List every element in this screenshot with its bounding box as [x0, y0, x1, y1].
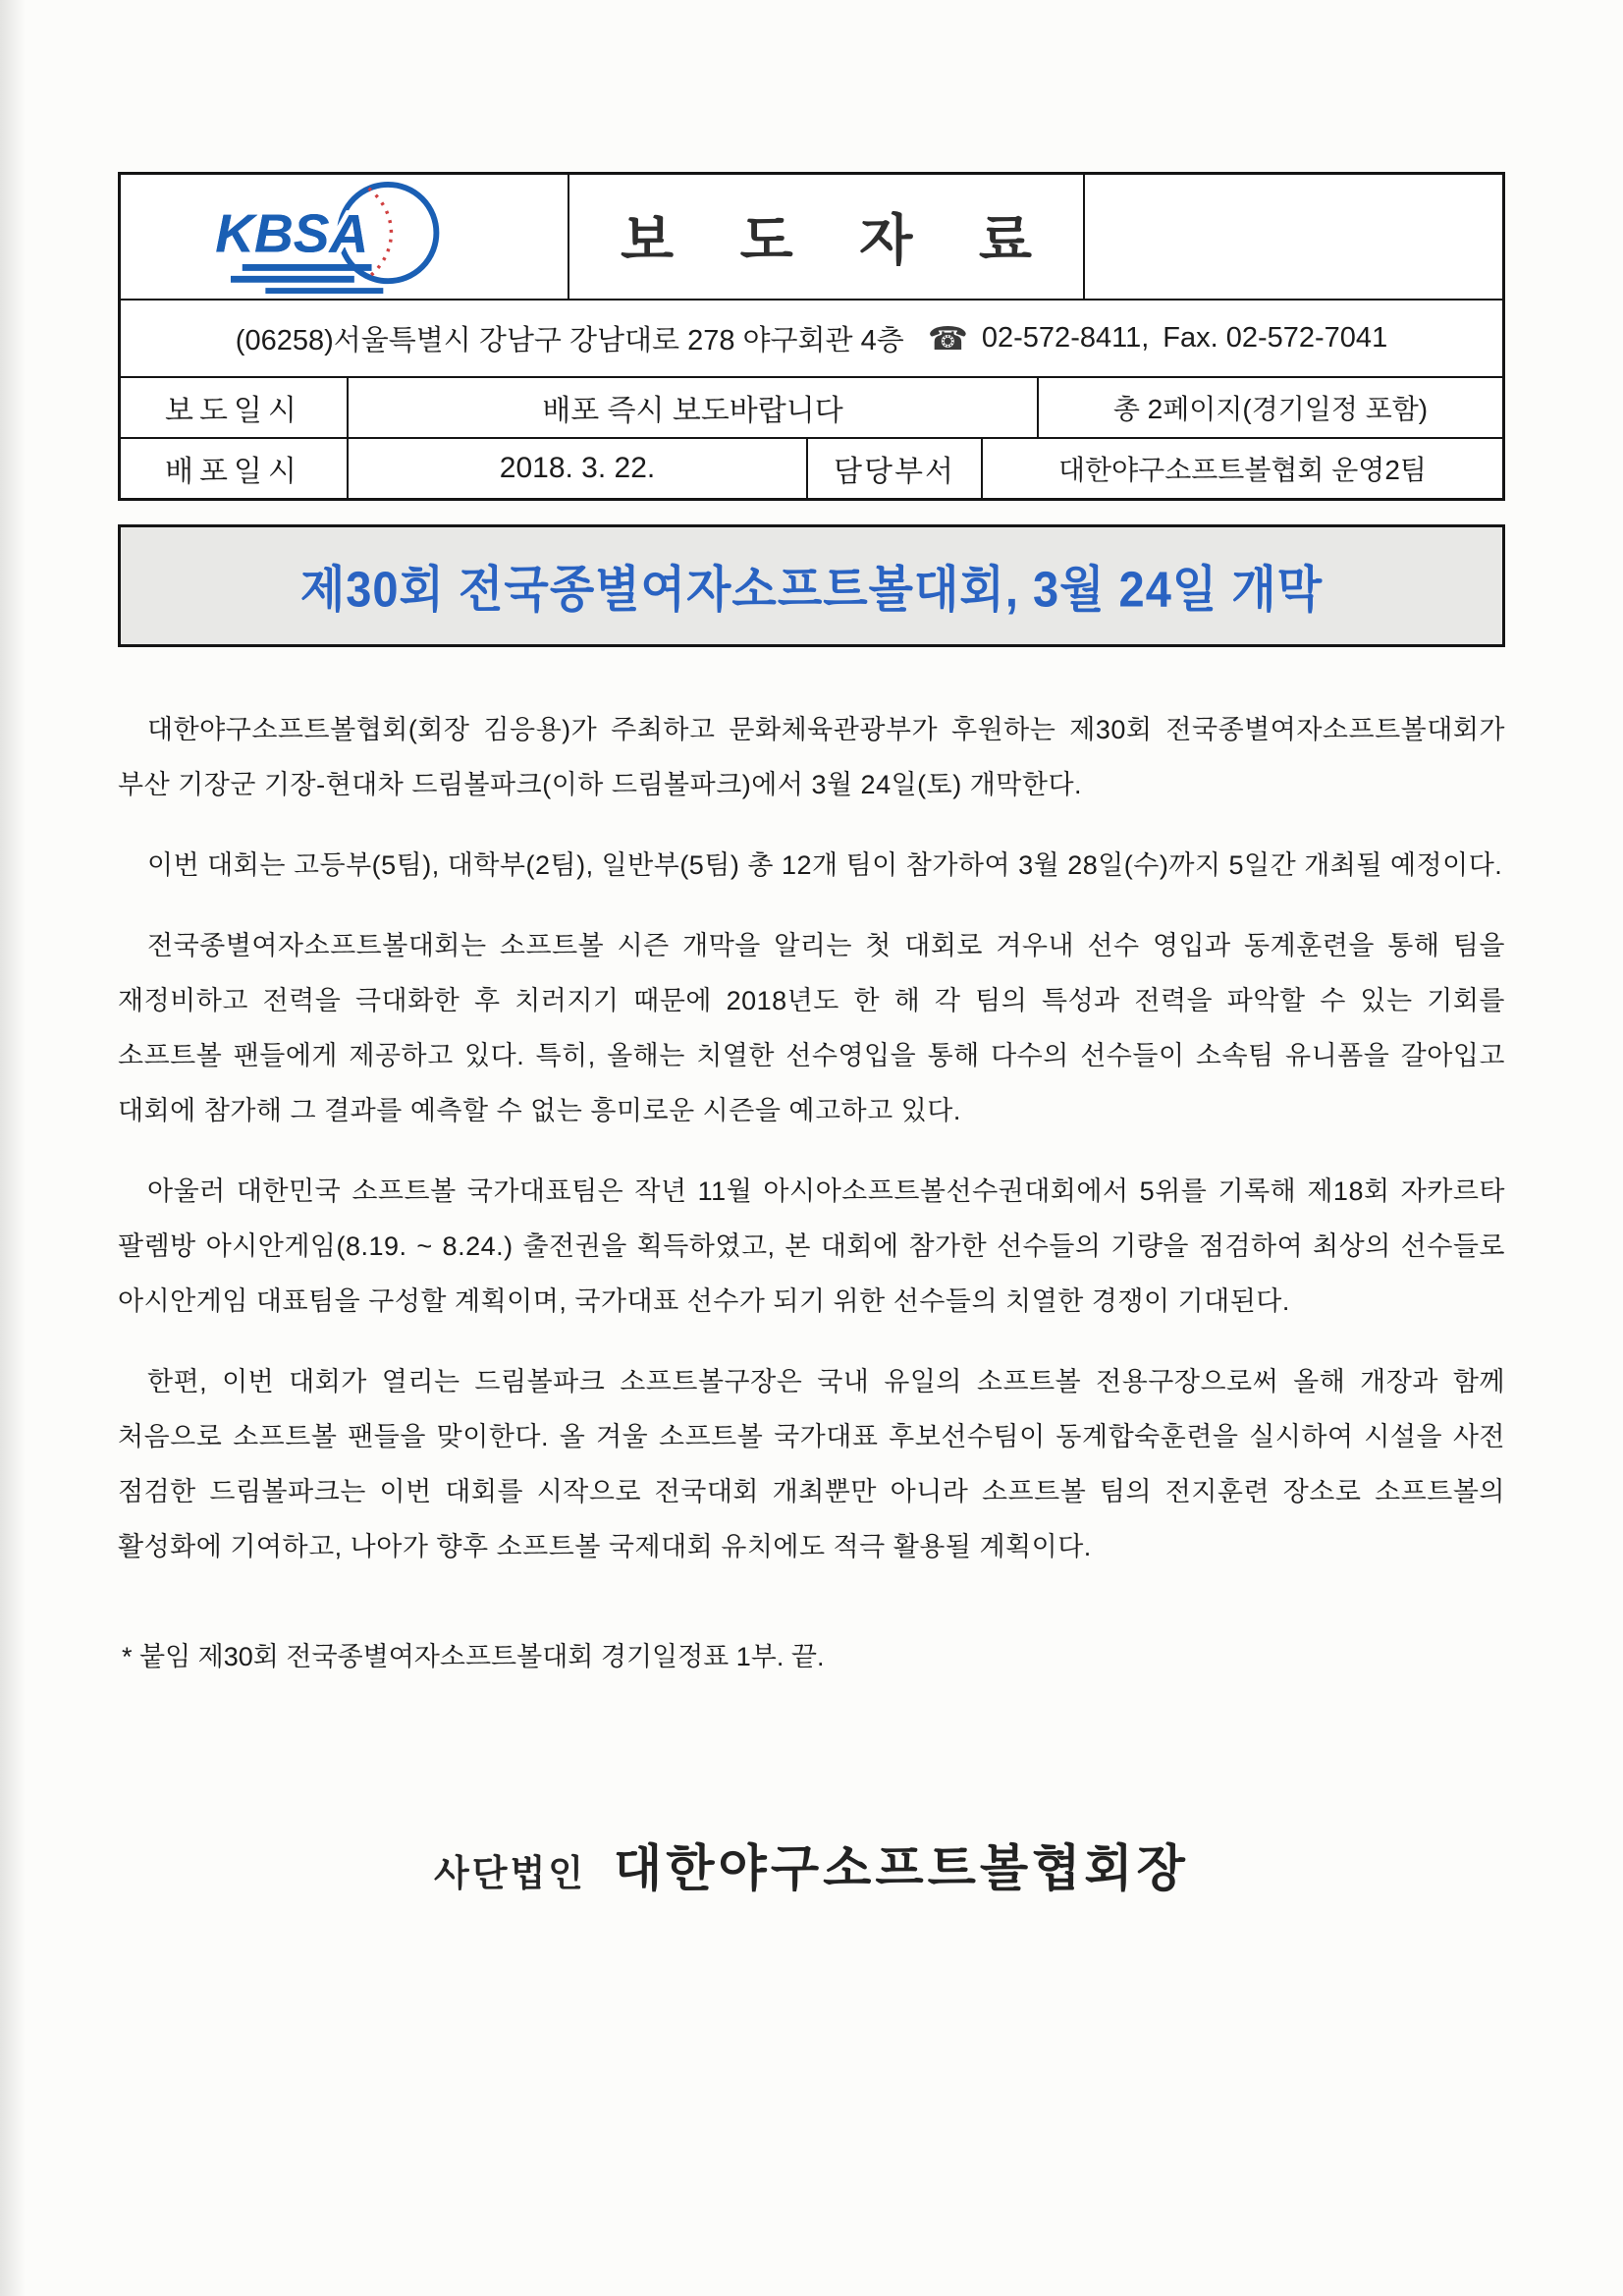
headline-banner: 제30회 전국종별여자소프트볼대회, 3월 24일 개막 — [118, 524, 1505, 647]
phone-icon: ☎ — [928, 319, 968, 357]
address-text: (06258)서울특별시 강남구 강남대로 278 야구회관 4층 — [236, 318, 904, 358]
paragraph-5: 한편, 이번 대회가 열리는 드림볼파크 소프트볼구장은 국내 유일의 소프트볼… — [118, 1354, 1505, 1574]
address-cell: (06258)서울특별시 강남구 강남대로 278 야구회관 4층 ☎ 02-5… — [121, 301, 1502, 376]
doc-type-title: 보 도 자 료 — [595, 197, 1057, 276]
header-row-logo: KBSA KBSA 보 도 자 료 — [121, 175, 1502, 299]
header-row-address: (06258)서울특별시 강남구 강남대로 278 야구회관 4층 ☎ 02-5… — [121, 299, 1502, 376]
paragraph-4: 아울러 대한민국 소프트볼 국가대표팀은 작년 11월 아시아소프트볼선수권대회… — [118, 1164, 1505, 1329]
total-pages: 총 2페이지(경기일정 포함) — [1037, 378, 1502, 437]
header-row-dist-date: 배포일시 2018. 3. 22. 담당부서 대한야구소프트볼협회 운영2팀 — [121, 437, 1502, 498]
header-row-press-date: 보도일시 배포 즉시 보도바랍니다 총 2페이지(경기일정 포함) — [121, 376, 1502, 437]
press-release-page: KBSA KBSA 보 도 자 료 (06258)서울특별시 강남구 강남대로 … — [0, 0, 1623, 2296]
paragraph-2: 이번 대회는 고등부(5팀), 대학부(2팀), 일반부(5팀) 총 12개 팀… — [118, 838, 1505, 893]
phone-number: 02-572-8411, — [982, 322, 1149, 355]
dept-value: 대한야구소프트볼협회 운영2팀 — [981, 439, 1502, 498]
org-name: 대한야구소프트볼협회장 — [614, 1828, 1189, 1900]
attachment-note: * 붙임 제30회 전국종별여자소프트볼대회 경기일정표 1부. 끝. — [118, 1629, 1505, 1684]
logo-text-front: KBSA — [215, 203, 368, 264]
kbsa-baseball-logo-icon: KBSA KBSA — [207, 179, 482, 295]
paragraph-1: 대한야구소프트볼협회(회장 김응용)가 주최하고 문화체육관광부가 후원하는 제… — [118, 702, 1505, 812]
page-content: KBSA KBSA 보 도 자 료 (06258)서울특별시 강남구 강남대로 … — [118, 172, 1505, 1900]
dist-date-label: 배포일시 — [121, 439, 347, 498]
dept-label: 담당부서 — [806, 439, 981, 498]
body-text: 대한야구소프트볼협회(회장 김응용)가 주최하고 문화체육관광부가 후원하는 제… — [118, 702, 1505, 1574]
signature-footer: 사단법인 대한야구소프트볼협회장 — [118, 1828, 1505, 1900]
press-date-label: 보도일시 — [121, 378, 347, 437]
headline-title: 제30회 전국종별여자소프트볼대회, 3월 24일 개막 — [300, 550, 1323, 621]
org-type: 사단법인 — [434, 1843, 586, 1896]
logo-cell: KBSA KBSA — [121, 175, 568, 299]
dist-date-value: 2018. 3. 22. — [347, 439, 806, 498]
press-date-value: 배포 즉시 보도바랍니다 — [347, 378, 1037, 437]
doc-type-cell: 보 도 자 료 — [568, 175, 1083, 299]
paragraph-3: 전국종별여자소프트볼대회는 소프트볼 시즌 개막을 알리는 첫 대회로 겨우내 … — [118, 918, 1505, 1138]
fax-number: Fax. 02-572-7041 — [1163, 322, 1387, 355]
header-table: KBSA KBSA 보 도 자 료 (06258)서울특별시 강남구 강남대로 … — [118, 172, 1505, 501]
header-empty-cell — [1083, 175, 1502, 299]
